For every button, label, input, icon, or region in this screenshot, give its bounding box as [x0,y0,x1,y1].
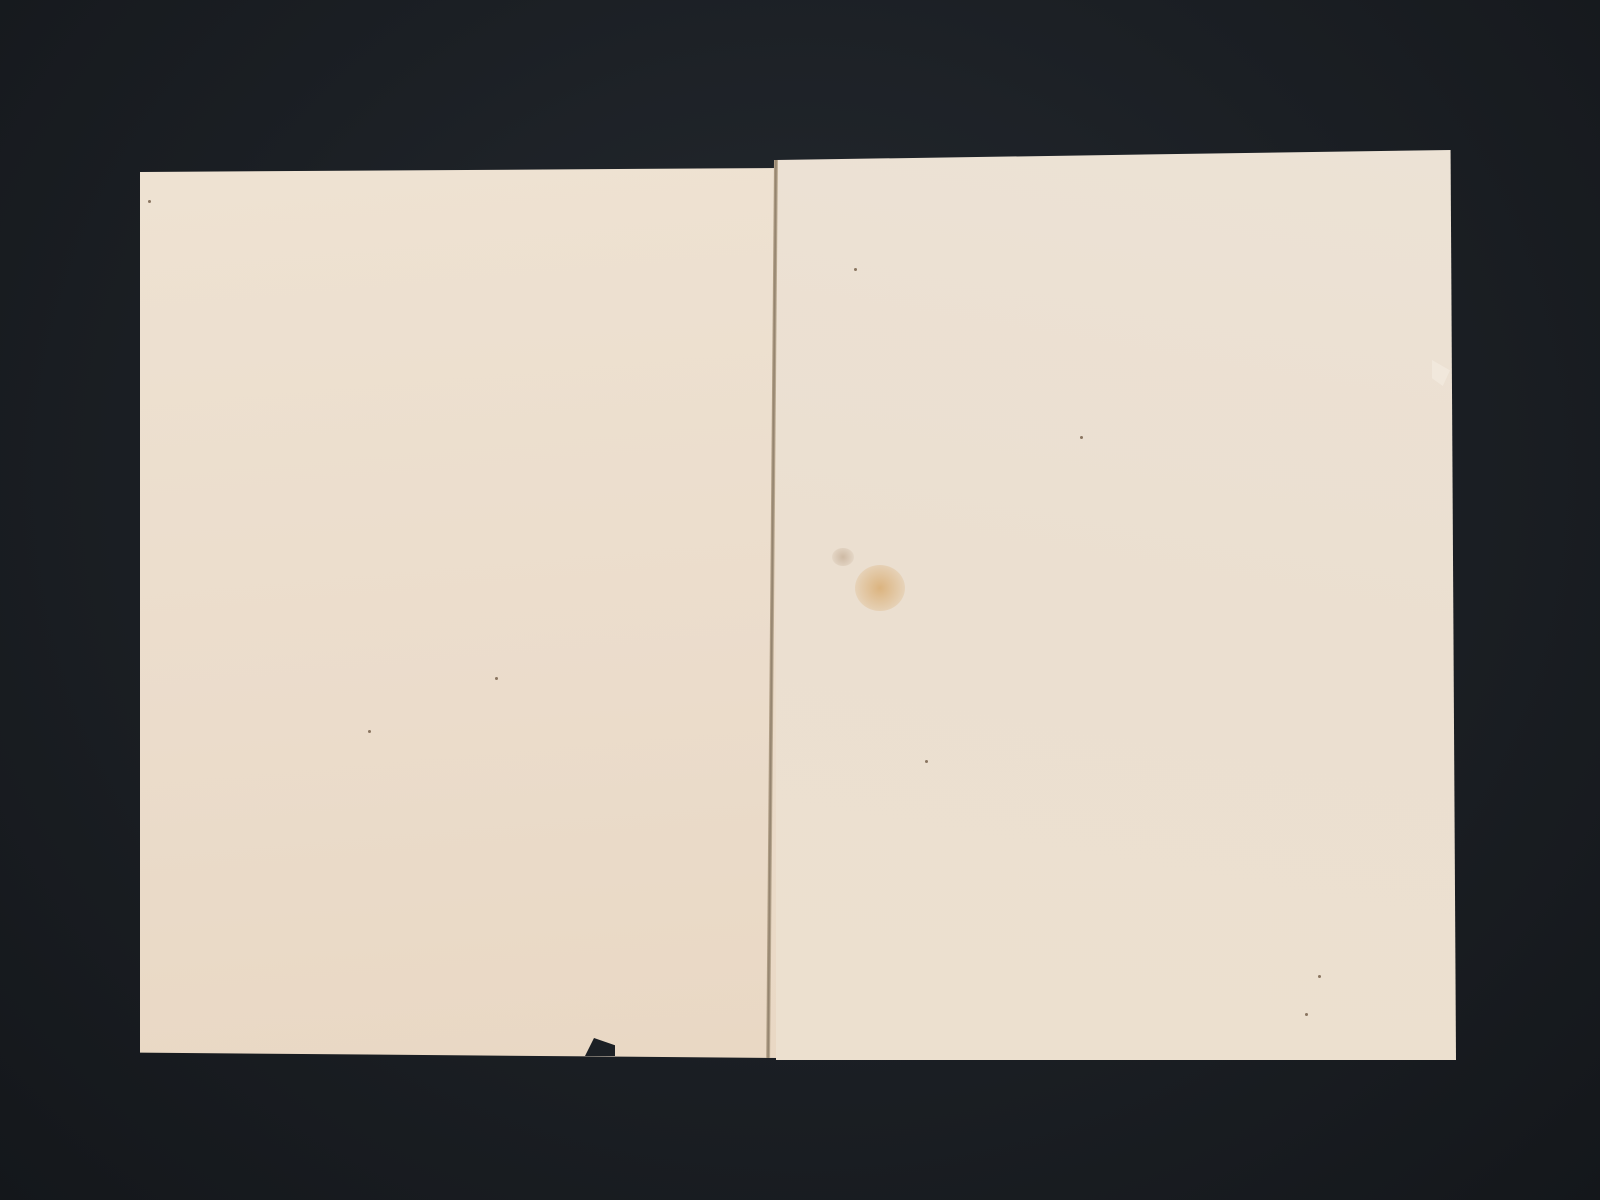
paper-speck [925,760,928,763]
paper-stain [855,565,905,611]
paper-speck [368,730,371,733]
paper-smudge [832,548,854,566]
paper-left-panel [140,168,780,1058]
paper-speck [1080,436,1083,439]
paper-speck [1318,975,1321,978]
paper-speck [854,268,857,271]
paper-speck [148,200,151,203]
photo-scene [0,0,1600,1200]
paper-speck [495,677,498,680]
paper-speck [1305,1013,1308,1016]
